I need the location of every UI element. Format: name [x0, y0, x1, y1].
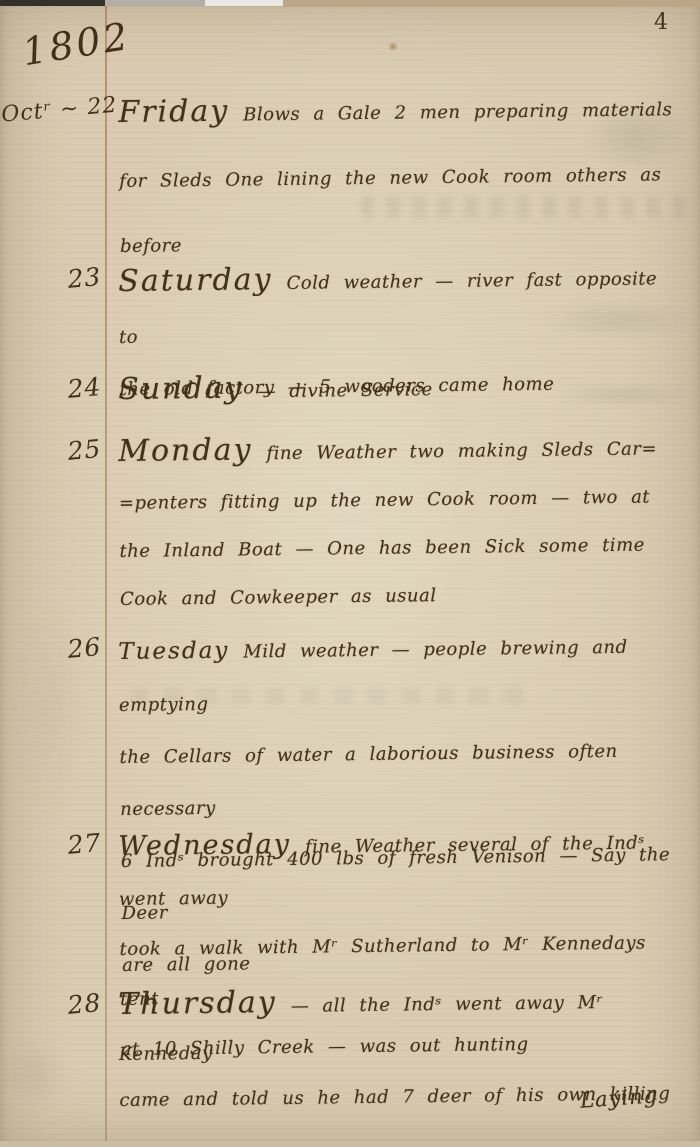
journal-entry: 25 Mondayfine Weather two making Sleds C…	[0, 428, 700, 624]
entry-date: 24	[0, 372, 102, 410]
entry-body: FridayBlows a Gale 2 men preparing mater…	[118, 73, 674, 279]
entry-line: the Inland Boat — One has been Sick some…	[119, 521, 674, 576]
entry-first-line: Wednesdayfine Weather several of the Ind…	[118, 815, 673, 925]
day-name: Tuesday	[118, 638, 229, 665]
day-name: Monday	[118, 432, 253, 469]
day-name: Friday	[118, 94, 229, 130]
journal-entry: Octʳ ~ 22 FridayBlows a Gale 2 men prepa…	[0, 80, 700, 279]
entry-body: Mondayfine Weather two making Sleds Car=…	[118, 421, 674, 624]
journal-entries-list: Octʳ ~ 22 FridayBlows a Gale 2 men prepa…	[0, 0, 700, 1147]
entry-date: 28	[0, 988, 102, 1026]
entry-first-line: Mondayfine Weather two making Sleds Car=	[118, 421, 673, 480]
entry-date: 25	[0, 434, 102, 472]
entry-first-line: Thursday— all the Indˢ went away Mʳ Kenn…	[118, 975, 673, 1078]
entry-date: 26	[0, 632, 102, 670]
entry-first-line: Sunday— divine Service	[118, 359, 673, 418]
entry-date: Octʳ ~ 22	[0, 94, 102, 128]
entry-line: for Sleds One lining the new Cook room o…	[119, 142, 674, 214]
entry-first-text: Blows a Gale 2 men preparing materials	[243, 99, 672, 125]
entry-first-line: FridayBlows a Gale 2 men preparing mater…	[118, 73, 673, 149]
entry-line: =penters fitting up the new Cook room — …	[119, 473, 674, 528]
entry-first-line: TuesdayMild weather — people brewing and…	[118, 619, 673, 732]
entry-line: Cook and Cowkeeper as usual	[120, 569, 675, 624]
entry-date: 27	[0, 828, 102, 866]
day-name: Sunday	[118, 370, 244, 407]
journal-page: 1802 4 Octʳ ~ 22 FridayBlows a Gale 2 me…	[0, 0, 700, 1147]
entry-date: 23	[0, 262, 102, 300]
journal-entry: 24 Sunday— divine Service	[0, 366, 700, 418]
entry-first-text: — divine Service	[257, 379, 432, 402]
entry-first-text: fine Weather two making Sleds Car=	[266, 438, 657, 464]
day-name: Saturday	[118, 262, 273, 299]
entry-body: Sunday— divine Service	[118, 359, 673, 418]
entry-first-line: SaturdayCold weather — river fast opposi…	[118, 249, 673, 364]
day-name: Thursday	[118, 985, 277, 1022]
day-name: Wednesday	[118, 829, 291, 862]
